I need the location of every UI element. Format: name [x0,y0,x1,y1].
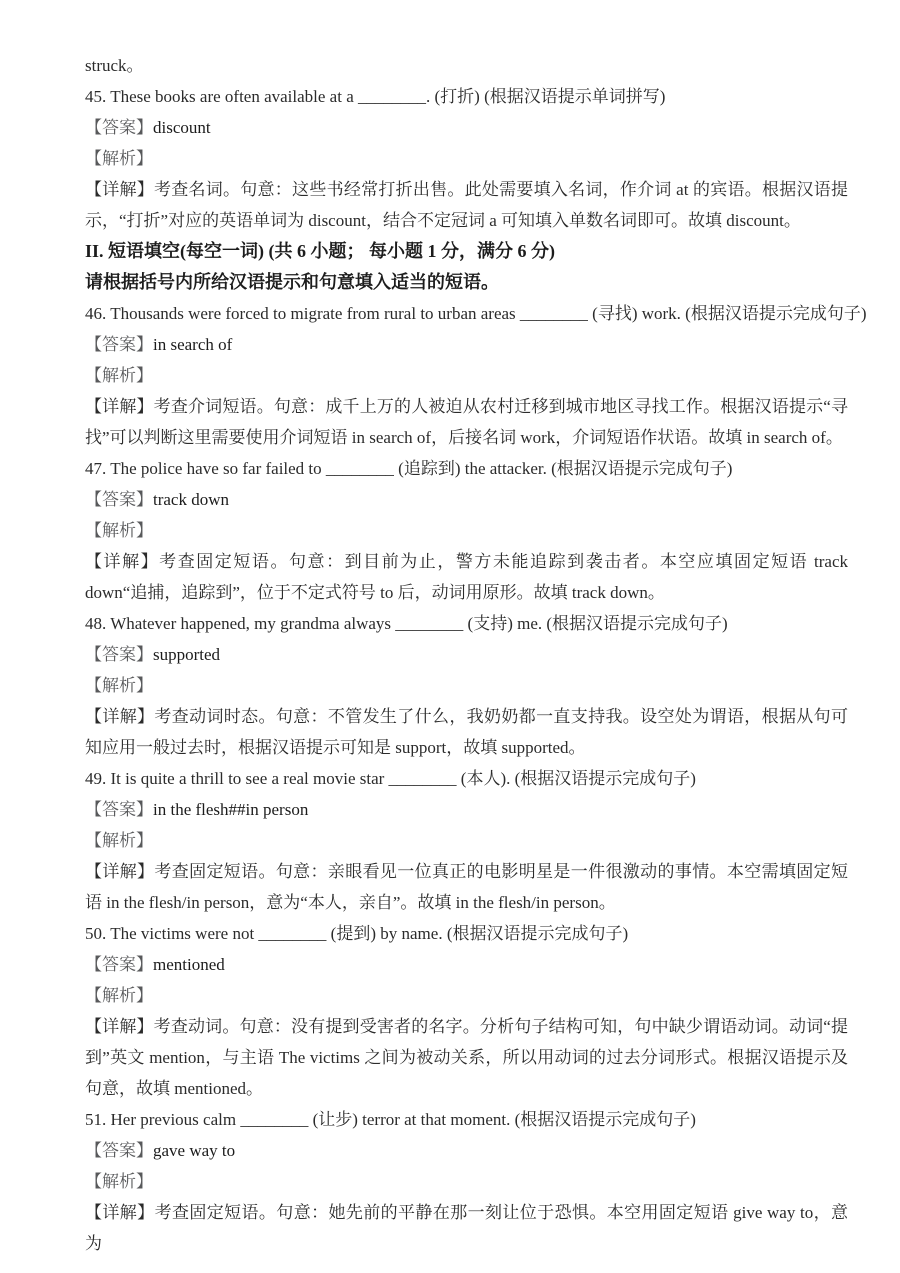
answer-line-45: 【答案】discount [85,112,848,143]
question-block-45: 45. These books are often available at a… [85,81,848,236]
answer-46: in search of [153,335,232,354]
answer-label: 【答案】 [85,335,153,354]
question-46: 46. Thousands were forced to migrate fro… [85,298,848,329]
detail-49: 【详解】考查固定短语。句意：亲眼看见一位真正的电影明星是一件很激动的事情。本空需… [85,856,848,918]
continuation-text: struck。 [85,50,848,81]
detail-48: 【详解】考查动词时态。句意：不管发生了什么，我奶奶都一直支持我。设空处为谓语，根… [85,701,848,763]
answer-line-47: 【答案】track down [85,484,848,515]
answer-label: 【答案】 [85,645,153,664]
answer-line-50: 【答案】mentioned [85,949,848,980]
analysis-label-47: 【解析】 [85,515,848,546]
question-block-49: 49. It is quite a thrill to see a real m… [85,763,848,918]
answer-48: supported [153,645,220,664]
detail-45: 【详解】考查名词。句意：这些书经常打折出售。此处需要填入名词，作介词 at 的宾… [85,174,848,236]
answer-label: 【答案】 [85,955,153,974]
question-block-47: 47. The police have so far failed to ___… [85,453,848,608]
document-page: struck。 45. These books are often availa… [0,0,900,1273]
answer-line-51: 【答案】gave way to [85,1135,848,1166]
question-block-50: 50. The victims were not ________ (提到) b… [85,918,848,1104]
answer-49: in the flesh##in person [153,800,308,819]
answer-label: 【答案】 [85,800,153,819]
question-block-46: 46. Thousands were forced to migrate fro… [85,298,848,453]
answer-50: mentioned [153,955,225,974]
question-51: 51. Her previous calm ________ (让步) terr… [85,1104,848,1135]
question-49: 49. It is quite a thrill to see a real m… [85,763,848,794]
question-block-48: 48. Whatever happened, my grandma always… [85,608,848,763]
answer-label: 【答案】 [85,490,153,509]
question-47: 47. The police have so far failed to ___… [85,453,848,484]
detail-46: 【详解】考查介词短语。句意：成千上万的人被迫从农村迁移到城市地区寻找工作。根据汉… [85,391,848,453]
section-heading: II. 短语填空(每空一词) (共 6 小题； 每小题 1 分，满分 6 分) [85,236,848,267]
question-45: 45. These books are often available at a… [85,81,848,112]
detail-47: 【详解】考查固定短语。句意：到目前为止，警方未能追踪到袭击者。本空应填固定短语 … [85,546,848,608]
analysis-label-46: 【解析】 [85,360,848,391]
detail-50: 【详解】考查动词。句意：没有提到受害者的名字。分析句子结构可知，句中缺少谓语动词… [85,1011,848,1104]
answer-45: discount [153,118,211,137]
question-48: 48. Whatever happened, my grandma always… [85,608,848,639]
analysis-label-50: 【解析】 [85,980,848,1011]
analysis-label-45: 【解析】 [85,143,848,174]
answer-51: gave way to [153,1141,235,1160]
answer-line-46: 【答案】in search of [85,329,848,360]
answer-47: track down [153,490,229,509]
question-block-51: 51. Her previous calm ________ (让步) terr… [85,1104,848,1259]
answer-line-49: 【答案】in the flesh##in person [85,794,848,825]
detail-51: 【详解】考查固定短语。句意：她先前的平静在那一刻让位于恐惧。本空用固定短语 gi… [85,1197,848,1259]
analysis-label-49: 【解析】 [85,825,848,856]
section-instruction: 请根据括号内所给汉语提示和句意填入适当的短语。 [85,267,848,298]
analysis-label-51: 【解析】 [85,1166,848,1197]
answer-label: 【答案】 [85,1141,153,1160]
question-50: 50. The victims were not ________ (提到) b… [85,918,848,949]
analysis-label-48: 【解析】 [85,670,848,701]
answer-label: 【答案】 [85,118,153,137]
answer-line-48: 【答案】supported [85,639,848,670]
